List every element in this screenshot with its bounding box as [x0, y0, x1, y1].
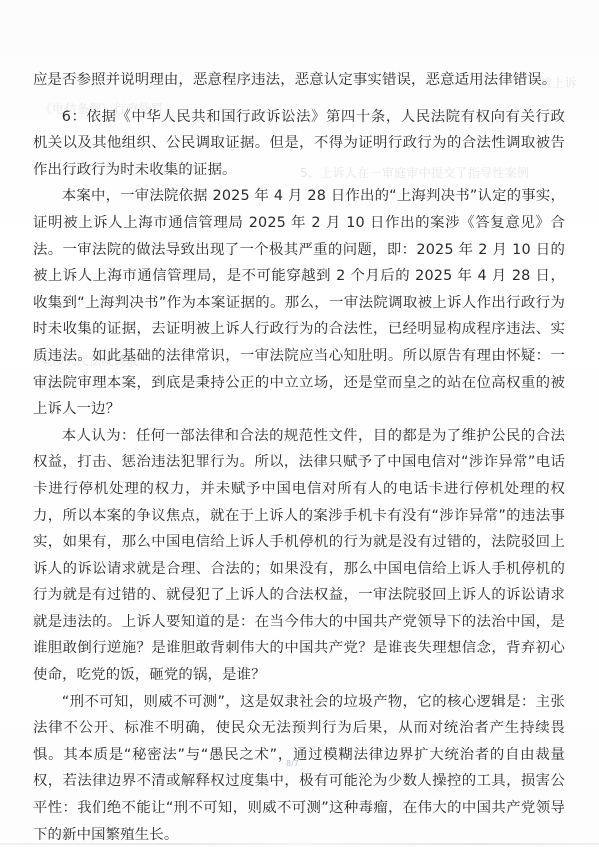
- paragraph-xingbukezhi: “刑不可知，则威不可测”，这是奴隶社会的垃圾产物，它的核心逻辑是：主张法律不公开…: [33, 689, 565, 847]
- paragraph-case-analysis: 本案中，一审法院依据 2025 年 4 月 28 日作出的“上海判决书”认定的事…: [33, 183, 565, 422]
- document-page: 被上诉 《电信条例》行政处罚 5、上诉人在一审庭审中提交了指导性案例 依据 案涉…: [0, 0, 599, 847]
- scan-edge-divider: [0, 843, 599, 845]
- document-body: 应是否参照并说明理由，恶意程序违法，恶意认定事实错误，恶意适用法律错误。 6：依…: [33, 67, 565, 847]
- page-number: 8/7: [286, 759, 299, 768]
- paragraph-continued: 应是否参照并说明理由，恶意程序违法，恶意认定事实错误，恶意适用法律错误。: [33, 67, 565, 94]
- paragraph-opinion: 本人认为：任何一部法律和合法的规范性文件，目的都是为了维护公民的合法权益，打击、…: [33, 423, 565, 689]
- paragraph-point-6: 6：依据《中华人民共和国行政诉讼法》第四十条，人民法院有权向有关行政机关以及其他…: [33, 104, 565, 184]
